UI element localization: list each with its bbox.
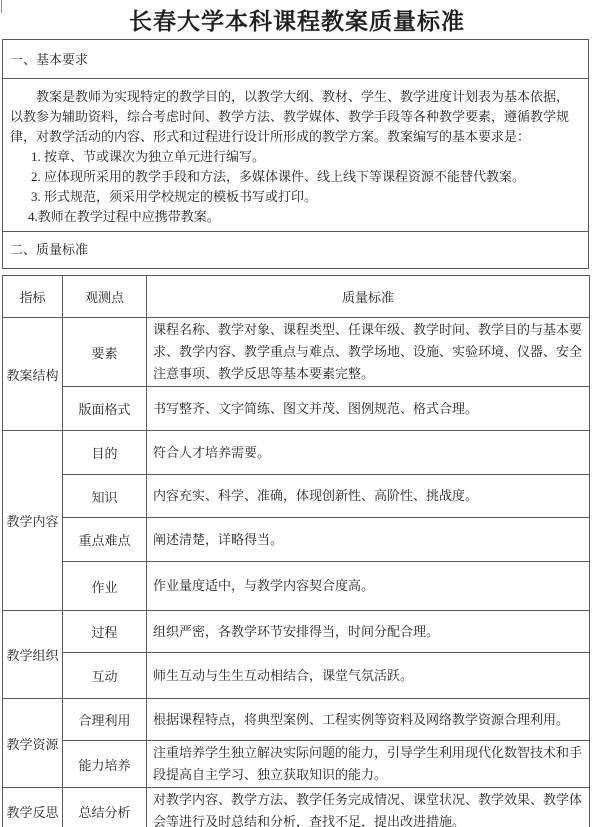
quality-standards-table: 指标 观测点 质量标准 教案结构 要素 课程名称、教学对象、课程类型、任课年级、… xyxy=(2,275,590,827)
table-row: 教学内容 目的 符合人才培养需要。 xyxy=(3,431,590,475)
standard-cell-key-points: 阐述清楚，详略得当。 xyxy=(147,518,590,562)
standard-cell-homework: 作业量度适中，与教学内容契合度高。 xyxy=(147,562,590,611)
col-header-indicator: 指标 xyxy=(3,276,63,318)
document-page: 长春大学本科课程教案质量标准 一、基本要求 教案是教师为实现特定的教学目的，以教… xyxy=(0,0,594,827)
requirement-item-1: 1. 按章、节或课次为独立单元进行编写。 xyxy=(10,147,581,167)
col-header-observation-point: 观测点 xyxy=(63,276,147,318)
observation-cell-key-points: 重点难点 xyxy=(63,518,147,562)
standard-cell-elements: 课程名称、教学对象、课程类型、任课年级、教学时间、教学目的与基本要求、教学内容、… xyxy=(147,318,590,387)
section2-heading: 二、质量标准 xyxy=(3,232,588,268)
standard-cell-reasonable-use: 根据课程特点，将典型案例、工程实例等资料及网络教学资源合理利用。 xyxy=(147,699,590,741)
basic-requirements-box: 一、基本要求 教案是教师为实现特定的教学目的，以教学大纲、教材、学生、教学进度计… xyxy=(2,39,589,269)
observation-cell-elements: 要素 xyxy=(63,318,147,387)
table-row: 互动 师生互动与生生互动相结合，课堂气氛活跃。 xyxy=(3,653,590,699)
requirement-item-2: 2. 应体现所采用的教学手段和方法，多媒体课件、线上线下等课程资源不能替代教案。 xyxy=(10,167,581,187)
standard-cell-ability-cultivation: 注重培养学生独立解决实际问题的能力，引导学生利用现代化数智技术和手段提高自主学习… xyxy=(147,741,590,788)
standard-cell-layout-format: 书写整齐、文字简练、图文并茂、图例规范、格式合理。 xyxy=(147,387,590,431)
observation-cell-reasonable-use: 合理利用 xyxy=(63,699,147,741)
section1-body: 教案是教师为实现特定的教学目的，以教学大纲、教材、学生、教学进度计划表为基本依据… xyxy=(3,79,588,232)
requirement-item-3: 3. 形式规范，须采用学校规定的模板书写或打印。 xyxy=(10,187,581,207)
table-row: 作业 作业量度适中，与教学内容契合度高。 xyxy=(3,562,590,611)
col-header-quality-standard: 质量标准 xyxy=(147,276,590,318)
observation-cell-purpose: 目的 xyxy=(63,431,147,475)
table-row: 版面格式 书写整齐、文字简练、图文并茂、图例规范、格式合理。 xyxy=(3,387,590,431)
intro-paragraph: 教案是教师为实现特定的教学目的，以教学大纲、教材、学生、教学进度计划表为基本依据… xyxy=(10,87,581,147)
observation-cell-process: 过程 xyxy=(63,611,147,653)
requirement-item-4: 4.教师在教学过程中应携带教案。 xyxy=(10,207,581,227)
observation-cell-homework: 作业 xyxy=(63,562,147,611)
table-row: 教学组织 过程 组织严密，各教学环节安排得当，时间分配合理。 xyxy=(3,611,590,653)
indicator-cell-structure: 教案结构 xyxy=(3,318,63,431)
standard-cell-interaction: 师生互动与生生互动相结合，课堂气氛活跃。 xyxy=(147,653,590,699)
standard-cell-knowledge: 内容充实、科学、准确，体现创新性、高阶性、挑战度。 xyxy=(147,475,590,518)
document-title: 长春大学本科课程教案质量标准 xyxy=(0,3,594,36)
table-header-row: 指标 观测点 质量标准 xyxy=(3,276,590,318)
table-row: 知识 内容充实、科学、准确，体现创新性、高阶性、挑战度。 xyxy=(3,475,590,518)
table-row: 教学资源 合理利用 根据课程特点，将典型案例、工程实例等资料及网络教学资源合理利… xyxy=(3,699,590,741)
observation-cell-layout-format: 版面格式 xyxy=(63,387,147,431)
indicator-cell-content: 教学内容 xyxy=(3,431,63,611)
standard-cell-process: 组织严密，各教学环节安排得当，时间分配合理。 xyxy=(147,611,590,653)
section1-heading: 一、基本要求 xyxy=(3,40,588,79)
table-row: 重点难点 阐述清楚，详略得当。 xyxy=(3,518,590,562)
observation-cell-knowledge: 知识 xyxy=(63,475,147,518)
table-row: 教案结构 要素 课程名称、教学对象、课程类型、任课年级、教学时间、教学目的与基本… xyxy=(3,318,590,387)
indicator-cell-reflection: 教学反思 xyxy=(3,788,63,827)
standard-cell-purpose: 符合人才培养需要。 xyxy=(147,431,590,475)
indicator-cell-resources: 教学资源 xyxy=(3,699,63,788)
observation-cell-interaction: 互动 xyxy=(63,653,147,699)
table-row: 能力培养 注重培养学生独立解决实际问题的能力，引导学生利用现代化数智技术和手段提… xyxy=(3,741,590,788)
observation-cell-summary-analysis: 总结分析 xyxy=(63,788,147,827)
standard-cell-summary-analysis: 对教学内容、教学方法、教学任务完成情况、课堂状况、教学效果、教学体会等进行及时总… xyxy=(147,788,590,827)
indicator-cell-organization: 教学组织 xyxy=(3,611,63,699)
table-row: 教学反思 总结分析 对教学内容、教学方法、教学任务完成情况、课堂状况、教学效果、… xyxy=(3,788,590,827)
observation-cell-ability-cultivation: 能力培养 xyxy=(63,741,147,788)
